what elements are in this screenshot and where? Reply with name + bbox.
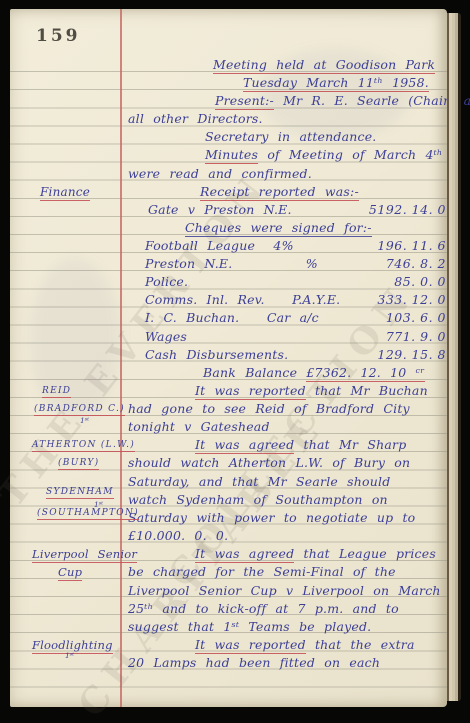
margin-note-sydenham-name: SYDENHAM: [46, 487, 114, 499]
margin-note-sydenham: SYDENHAM: [46, 487, 114, 498]
present-continuation: all other Directors.: [128, 112, 263, 126]
minutes-line: Minutes of Meeting of March 4ᵗʰ: [205, 148, 443, 162]
margin-note-finance-text: Finance: [40, 185, 90, 201]
book-page-edges: [447, 13, 461, 701]
margin-note-southampton: (SOUTHAMPTON): [37, 508, 139, 519]
cheque-row-amount: 129. 15. 8: [358, 348, 446, 362]
senior-cup-body-line: be charged for the Semi-Final of the: [128, 565, 396, 579]
bank-balance-label: Bank Balance: [203, 365, 306, 380]
receipt-heading-text: Receipt reported was:-: [200, 184, 359, 201]
bank-balance-amount: £7362. 12. 10 ᶜʳ: [306, 365, 424, 382]
floodlighting-opening-phrase: It was reported: [195, 637, 306, 654]
atherton-body-line: Saturday with power to negotiate up to: [128, 511, 415, 525]
cheque-row-label: Preston N.E. %: [145, 257, 318, 271]
margin-note-bury-text: (BURY): [58, 458, 99, 470]
meeting-heading: Meeting held at Goodison Park: [213, 58, 435, 72]
page-number: 159: [36, 26, 81, 46]
secretary-line: Secretary in attendance.: [205, 130, 376, 144]
senior-cup-body-line: suggest that 1ˢᵗ Teams be played.: [128, 620, 371, 634]
meeting-date: Tuesday March 11ᵗʰ 1958.: [243, 76, 429, 90]
reid-body-line: had gone to see Reid of Bradford City: [128, 402, 410, 416]
floodlighting-opening-line: It was reported that the extra: [195, 638, 415, 652]
cheque-row-amount: 196. 11. 6: [358, 239, 446, 253]
reid-opening-rest: that Mr Buchan: [306, 383, 428, 398]
margin-note-senior-cup-line2: Cup: [58, 565, 82, 579]
margin-mark: 1ˢᵗ: [80, 417, 89, 425]
atherton-opening-phrase: It was agreed: [195, 437, 294, 454]
minutes-rest: of Meeting of March 4ᵗʰ: [258, 147, 442, 162]
cheque-row-label: Comms. Inl. Rev. P.A.Y.E.: [145, 293, 340, 307]
atherton-body-line: £10.000. 0. 0.: [128, 529, 228, 543]
margin-note-bury: (BURY): [58, 458, 99, 469]
meeting-date-text: Tuesday March 11ᵗʰ 1958.: [243, 75, 429, 92]
senior-cup-opening-rest: that League prices: [294, 546, 436, 561]
reid-opening-line: It was reported that Mr Buchan: [195, 384, 428, 398]
margin-note-reid: REID: [42, 386, 71, 397]
margin-note-senior-cup: Liverpool Senior: [32, 547, 137, 561]
floodlighting-opening-rest: that the extra: [306, 637, 415, 652]
cheque-row-label: Football League 4%: [145, 239, 294, 253]
cheque-row-label: I. C. Buchan. Car a/c: [145, 311, 319, 325]
cheque-row-label: Cash Disbursements.: [145, 348, 288, 362]
atherton-body-line: should watch Atherton L.W. of Bury on: [128, 456, 410, 470]
margin-note-atherton-text: ATHERTON (L.W.): [32, 440, 135, 452]
senior-cup-body-line: 25ᵗʰ and to kick-off at 7 p.m. and to: [128, 602, 399, 616]
gate-receipt-label: Gate v Preston N.E.: [148, 203, 292, 217]
cheque-row-label: Police.: [145, 275, 188, 289]
margin-note-senior-cup-line1: Liverpool Senior: [32, 547, 137, 563]
present-line: Present:- Mr R. E. Searle (Chair) and: [215, 94, 470, 108]
ledger-page: THE EVERTON COLLECTION CHARITABLE 159 Me…: [10, 9, 447, 707]
margin-note-floodlighting: Floodlighting: [32, 638, 113, 652]
senior-cup-body-line: Liverpool Senior Cup v Liverpool on Marc…: [128, 584, 441, 598]
receipt-heading: Receipt reported was:-: [200, 185, 359, 199]
meeting-heading-text: Meeting held at Goodison Park: [213, 57, 435, 74]
margin-note-southampton-text: (SOUTHAMPTON): [37, 508, 139, 520]
cheques-heading-text: Cheques were signed for:-: [185, 220, 372, 237]
gate-receipt-amount: 5192. 14. 0: [358, 203, 446, 217]
cheque-row-amount: 85. 0. 0: [358, 275, 446, 289]
senior-cup-opening-line: It was agreed that League prices: [195, 547, 436, 561]
photographed-minute-book: THE EVERTON COLLECTION CHARITABLE 159 Me…: [0, 0, 470, 723]
margin-note-bradford-text: (BRADFORD C.): [34, 404, 125, 416]
minutes-continuation: were read and confirmed.: [128, 167, 312, 181]
floodlighting-body-line: 20 Lamps had been fitted on each: [128, 656, 380, 670]
margin-note-senior-cup-cup: Cup: [58, 565, 82, 581]
cheque-row-amount: 103. 6. 0: [358, 311, 446, 325]
reid-opening-phrase: It was reported: [195, 383, 306, 400]
margin-note-finance: Finance: [40, 185, 90, 199]
cheque-row-amount: 333. 12. 0: [358, 293, 446, 307]
bank-balance-line: Bank Balance £7362. 12. 10 ᶜʳ: [203, 366, 425, 380]
margin-note-atherton: ATHERTON (L.W.): [32, 440, 135, 451]
minutes-label: Minutes: [205, 147, 258, 164]
margin-note-reid-name: REID: [42, 386, 71, 398]
atherton-body-line: Saturday, and that Mr Searle should: [128, 475, 390, 489]
reid-body-line: tonight v Gateshead: [128, 420, 270, 434]
margin-note-bradford: (BRADFORD C.): [34, 404, 125, 415]
cheque-row-label: Wages: [145, 330, 187, 344]
present-rest: Mr R. E. Searle (Chair) and: [274, 93, 470, 108]
senior-cup-opening-phrase: It was agreed: [195, 546, 294, 563]
atherton-opening-rest: that Mr Sharp: [294, 437, 406, 452]
margin-mark: 1ˢᵗ: [65, 652, 74, 660]
cheque-row-amount: 746. 8. 2: [358, 257, 446, 271]
atherton-body-line: watch Sydenham of Southampton on: [128, 493, 388, 507]
cheques-heading: Cheques were signed for:-: [185, 221, 372, 235]
cheque-row-amount: 771. 9. 0: [358, 330, 446, 344]
present-label: Present:-: [215, 93, 274, 110]
atherton-opening-line: It was agreed that Mr Sharp: [195, 438, 406, 452]
